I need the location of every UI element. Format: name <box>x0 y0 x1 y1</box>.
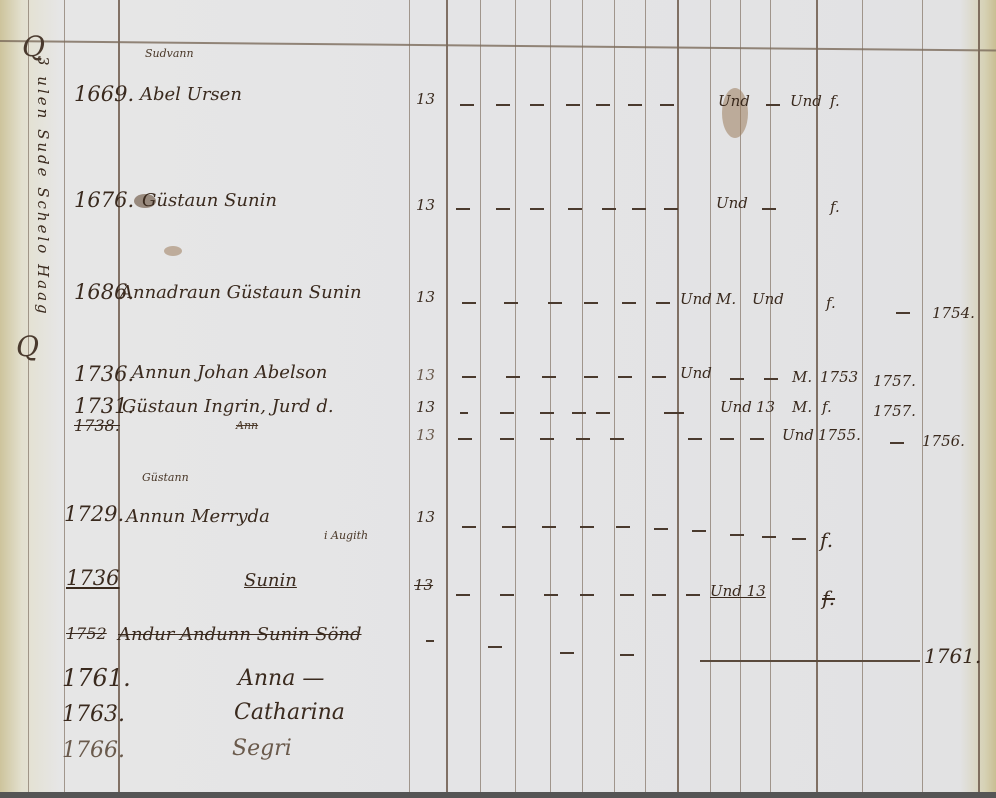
row-3-cell: Und <box>680 366 712 381</box>
dash-mark <box>762 208 776 210</box>
dash-mark <box>540 438 554 440</box>
column-rule <box>710 0 711 792</box>
row-2-cell: Und <box>680 292 712 307</box>
dash-mark <box>764 378 778 380</box>
dash-mark <box>502 526 516 528</box>
scan-bottom-edge <box>0 792 996 798</box>
dash-mark <box>622 302 636 304</box>
row-0-above: Sudvann <box>145 48 194 59</box>
row-1-cell: Und <box>716 196 748 211</box>
dash-mark <box>530 104 544 106</box>
row-3-cell: M. <box>792 370 812 385</box>
column-rule <box>816 0 818 792</box>
dash-mark <box>688 438 702 440</box>
row-8-note: 1761. <box>924 646 981 666</box>
dash-mark <box>568 208 582 210</box>
row-5-year: 1738. <box>74 418 120 434</box>
dash-mark <box>456 208 470 210</box>
row-4-mark: 13 <box>416 400 435 415</box>
dash-mark <box>458 438 472 440</box>
row-8-year: 1752 <box>66 626 107 642</box>
dash-mark <box>632 208 646 210</box>
row-2-cell: f. <box>826 296 836 311</box>
dash-mark <box>652 594 666 596</box>
column-rule <box>409 0 410 792</box>
row-0-mark: 13 <box>416 92 435 107</box>
dash-mark <box>496 104 510 106</box>
row-5-mark: 13 <box>416 428 435 443</box>
row-2-cell: Und <box>752 292 784 307</box>
dash-mark <box>896 312 910 314</box>
row-4-cell: Und <box>720 400 752 415</box>
row-4-cell: 13 <box>756 400 775 415</box>
dash-mark <box>584 302 598 304</box>
dash-mark <box>580 526 594 528</box>
dash-mark <box>584 376 598 378</box>
dash-mark <box>542 526 556 528</box>
dash-mark <box>530 208 544 210</box>
dash-mark <box>766 104 780 106</box>
row-0-cell: f. <box>830 94 840 109</box>
row-7-year: 1736 <box>66 568 119 589</box>
ink-stain <box>164 246 182 256</box>
dash-mark <box>500 594 514 596</box>
row-5-note: 1756. <box>922 434 965 449</box>
row-4-name: Güstaun Ingrin, Jurd d. <box>122 398 334 416</box>
dash-mark <box>610 438 624 440</box>
dash-mark <box>460 412 468 414</box>
dash-mark <box>504 302 518 304</box>
page-edge-rule <box>978 0 980 792</box>
row-3-year: 1736. <box>74 364 134 385</box>
row-8-name: Andur Andunn Sunin Sönd <box>118 626 362 644</box>
dash-mark <box>890 442 904 444</box>
row-6-year: 1729. <box>64 504 124 525</box>
dash-mark <box>548 302 562 304</box>
dash-mark <box>620 654 634 656</box>
row-9-name: Anna — <box>238 668 324 690</box>
dash-mark <box>542 376 556 378</box>
dash-mark <box>426 640 434 642</box>
row-2-mark: 13 <box>416 290 435 305</box>
dash-mark <box>656 302 670 304</box>
dash-mark <box>488 646 502 648</box>
dash-mark <box>462 302 476 304</box>
row-4-cell: f. <box>822 400 832 415</box>
dash-mark <box>460 104 474 106</box>
dash-mark <box>652 376 666 378</box>
dash-mark <box>566 104 580 106</box>
column-rule <box>550 0 551 792</box>
dash-mark <box>620 594 634 596</box>
dash-mark <box>462 526 476 528</box>
dash-mark <box>456 594 470 596</box>
dash-mark <box>730 534 744 536</box>
row-3-cell: 1757. <box>873 374 916 389</box>
dash-mark <box>576 438 590 440</box>
row-1-cell: f. <box>830 200 840 215</box>
column-rule <box>645 0 646 792</box>
dash-mark <box>628 104 642 106</box>
dash-mark <box>618 376 632 378</box>
dash-mark <box>762 536 776 538</box>
dash-mark <box>692 530 706 532</box>
row-2-name: Annadraun Güstaun Sunin <box>120 284 362 302</box>
dash-mark <box>664 412 684 414</box>
column-rule <box>922 0 923 792</box>
dash-mark <box>572 412 586 414</box>
row-5-cell: Und <box>782 428 814 443</box>
dash-mark <box>730 378 744 380</box>
dash-mark <box>664 208 678 210</box>
column-rule <box>515 0 516 792</box>
margin-vertical-text: 3 ulen Sude Schelo Haag <box>34 56 52 317</box>
dash-mark <box>500 412 514 414</box>
margin-rule <box>28 0 29 792</box>
dash-mark <box>560 652 574 654</box>
dash-mark <box>750 438 764 440</box>
margin-mark: Q <box>22 30 45 63</box>
dash-mark <box>596 104 610 106</box>
row-4-cell: M. <box>792 400 812 415</box>
dash-mark <box>686 594 700 596</box>
column-rule <box>677 0 679 792</box>
row-11-year: 1766. <box>62 740 125 762</box>
row-2-cell: M. <box>716 292 736 307</box>
row-0-cell: Und <box>718 94 750 109</box>
row-0-year: 1669. <box>74 84 134 105</box>
row-1-name: Güstaun Sunin <box>142 192 277 210</box>
row-9-year: 1761. <box>62 666 131 690</box>
row-6-name: Annun Merryda <box>126 508 270 526</box>
dash-mark <box>506 376 520 378</box>
row-1-year: 1676. <box>74 190 134 211</box>
row-6-mark: 13 <box>416 510 435 525</box>
column-rule <box>446 0 448 792</box>
row-7-cell: f. <box>822 588 835 608</box>
row-6-above: Güstann <box>142 472 189 483</box>
row-10-year: 1763. <box>62 704 125 726</box>
row-7-mark: 13 <box>414 578 433 593</box>
dash-mark <box>580 594 594 596</box>
column-rule <box>614 0 615 792</box>
dash-mark <box>496 208 510 210</box>
dash-mark <box>462 376 476 378</box>
row-0-name: Abel Ursen <box>140 86 242 104</box>
row-3-cell: 1753 <box>820 370 858 385</box>
dash-mark <box>720 438 734 440</box>
row-7-name: Sunin <box>244 572 297 590</box>
row-2-note: 1754. <box>932 306 975 321</box>
row-7-cell: Und 13 <box>710 584 766 599</box>
row-4-cell: 1757. <box>873 404 916 419</box>
dash-mark <box>544 594 558 596</box>
column-rule <box>480 0 481 792</box>
row-1-mark: 13 <box>416 198 435 213</box>
margin-mark: Q <box>16 330 39 363</box>
dash-mark <box>540 412 554 414</box>
dash-mark <box>500 438 514 440</box>
dash-mark <box>660 104 674 106</box>
dash-mark <box>654 528 668 530</box>
row-6-cell: f. <box>820 530 833 550</box>
dash-mark <box>602 208 616 210</box>
row-0-cell: Und <box>790 94 822 109</box>
row-6-sub: i Augith <box>324 530 368 541</box>
dash-mark <box>792 538 806 540</box>
column-rule <box>770 0 771 792</box>
column-rule <box>582 0 583 792</box>
row-5-cell: 1755. <box>818 428 861 443</box>
row-3-mark: 13 <box>416 368 435 383</box>
dash-mark <box>616 526 630 528</box>
row-11-name: Segri <box>232 738 292 760</box>
row-5-above: Ann <box>236 420 258 431</box>
column-rule <box>862 0 863 792</box>
row-3-name: Annun Johan Abelson <box>132 364 327 382</box>
ledger-page: 3 ulen Sude Schelo Haag Q Q Sudvann 1669… <box>0 0 996 792</box>
dash-mark <box>596 412 610 414</box>
row-10-name: Catharina <box>234 702 345 724</box>
